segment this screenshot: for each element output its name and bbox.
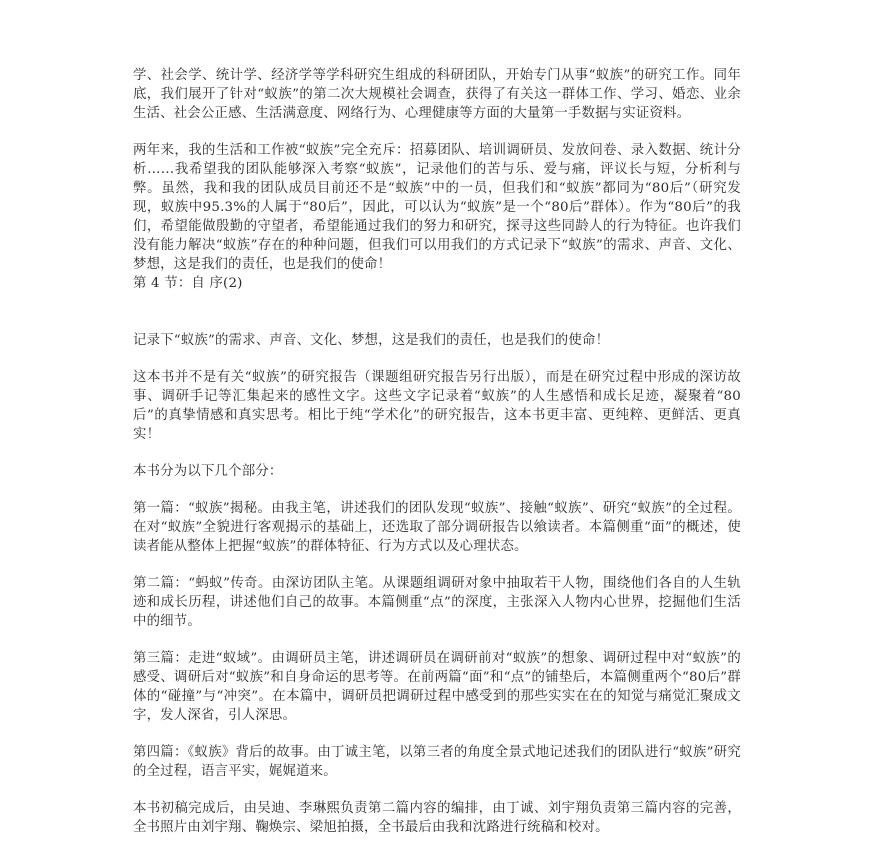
paragraph-gap xyxy=(133,725,741,743)
paragraph-mission: 记录下“蚁族”的需求、声音、文化、梦想，这是我们的责任，也是我们的使命！ xyxy=(133,331,741,350)
paragraph-gap xyxy=(133,350,741,368)
paragraph-part-four: 第四篇：《蚁族》背后的故事。由丁诚主笔，以第三者的角度全景式地记述我们的团队进行… xyxy=(133,743,741,781)
section-gap xyxy=(133,293,741,331)
paragraph-credits: 本书初稿完成后，由吴迪、李琳熙负责第二篇内容的编排，由丁诚、刘宇翔负责第三篇内容… xyxy=(133,799,741,837)
paragraph-book-intro: 这本书并不是有关“蚁族”的研究报告（课题组研究报告另行出版），而是在研究过程中形… xyxy=(133,368,741,444)
paragraph-gap xyxy=(133,481,741,499)
paragraph-part-one: 第一篇：“蚁族”揭秘。由我主笔，讲述我们的团队发现“蚁族”、接触“蚁族”、研究“… xyxy=(133,499,741,556)
paragraph-gap xyxy=(133,556,741,574)
paragraph-book-parts: 本书分为以下几个部分： xyxy=(133,462,741,481)
paragraph-part-two: 第二篇：“蚂蚁”传奇。由深访团队主笔。从课题组调研对象中抽取若干人物，围绕他们各… xyxy=(133,574,741,631)
paragraph-gap xyxy=(133,781,741,799)
paragraph-research-team: 学、社会学、统计学、经济学等学科研究生组成的科研团队，开始专门从事“蚁族”的研究… xyxy=(133,66,741,123)
section-heading: 第 4 节：自 序(2) xyxy=(133,274,741,293)
document-page: 学、社会学、统计学、经济学等学科研究生组成的科研团队，开始专门从事“蚁族”的研究… xyxy=(133,66,741,837)
paragraph-part-three: 第三篇：走进“蚁域”。由调研员主笔，讲述调研员在调研前对“蚁族”的想象、调研过程… xyxy=(133,649,741,725)
paragraph-two-years: 两年来，我的生活和工作被“蚁族”完全充斥：招募团队、培训调研员、发放问卷、录入数… xyxy=(133,141,741,274)
paragraph-gap xyxy=(133,123,741,141)
paragraph-gap xyxy=(133,631,741,649)
paragraph-gap xyxy=(133,444,741,462)
